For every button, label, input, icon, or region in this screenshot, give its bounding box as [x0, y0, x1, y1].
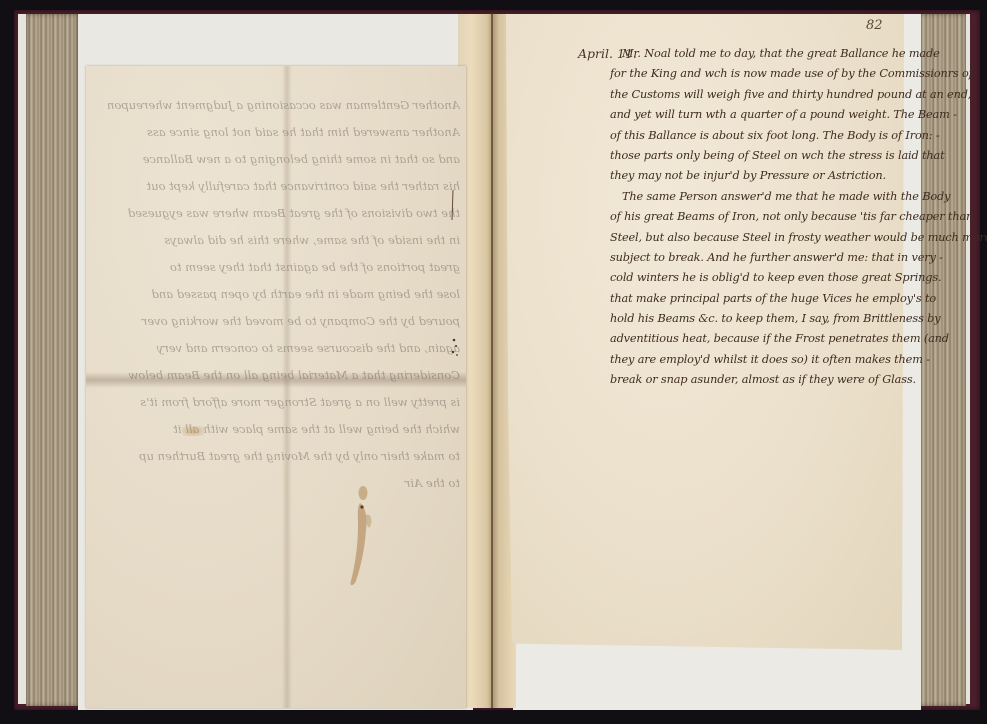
small-stain [182, 426, 204, 436]
bleed-line: Another Gentleman was occasioning a Judg… [100, 92, 460, 119]
text-line: for the King and wch is now made use of … [610, 64, 908, 84]
bleed-line: poured by the Company to be moved the wo… [100, 308, 460, 335]
text-line: Steel, but also because Steel in frosty … [610, 228, 908, 248]
pin-marks [447, 180, 461, 380]
bleed-line: which the being well at the same place w… [100, 416, 460, 443]
bleed-line: lose the being made in the earth by open… [100, 281, 460, 308]
folio-number: 82 [866, 18, 883, 33]
ink-stain [346, 485, 376, 590]
text-line: subject to break. And he further answer'… [610, 248, 908, 268]
text-line: The same Person answer'd me that he made… [622, 187, 908, 207]
text-line: they may not be injur'd by Pressure or A… [610, 166, 908, 186]
bleed-line: in the inside of the same, where this he… [100, 227, 460, 254]
text-line: of this Ballance is about six foot long.… [610, 126, 908, 146]
text-line: Mr. Noal told me to day, that the great … [622, 44, 908, 64]
bleed-line: his rather the said contrivance that car… [100, 173, 460, 200]
bleed-line: Another answered him that he said not lo… [100, 119, 460, 146]
text-line: of his great Beams of Iron, not only bec… [610, 207, 908, 227]
bleed-line: is pretty well on a great Stronger more … [100, 389, 460, 416]
horizontal-fold-crease [86, 372, 466, 388]
manuscript-text: Mr. Noal told me to day, that the great … [610, 44, 908, 391]
text-line: hold his Beams &c. to keep them, I say, … [610, 309, 908, 329]
text-line: adventitious heat, because if the Frost … [610, 329, 908, 349]
text-line: break or snap asunder, almost as if they… [610, 370, 908, 390]
text-line: and yet will turn wth a quarter of a pou… [610, 105, 908, 125]
bleed-line: to the Air [100, 470, 460, 497]
bleed-through-text: Another Gentleman was occasioning a Judg… [100, 92, 460, 497]
bleed-line: again, and the discourse seems to concer… [100, 335, 460, 362]
bleed-line: great portions of the be against that th… [100, 254, 460, 281]
text-line: that make principal parts of the huge Vi… [610, 289, 908, 309]
text-line: cold winters he is oblig'd to keep even … [610, 268, 908, 288]
bleed-line: the two divisions of the great Beam wher… [100, 200, 460, 227]
text-line: those parts only being of Steel on wch t… [610, 146, 908, 166]
bleed-line: and so that in some thing belonging to a… [100, 146, 460, 173]
spine-fold [491, 14, 493, 708]
vertical-fold-crease [282, 66, 292, 708]
text-line: they are employ'd whilst it does so) it … [610, 350, 908, 370]
left-page-block-edge [26, 14, 78, 706]
bleed-line: to make their only by the Moving the gre… [100, 443, 460, 470]
text-line: the Customs will weigh five and thirty h… [610, 85, 908, 105]
